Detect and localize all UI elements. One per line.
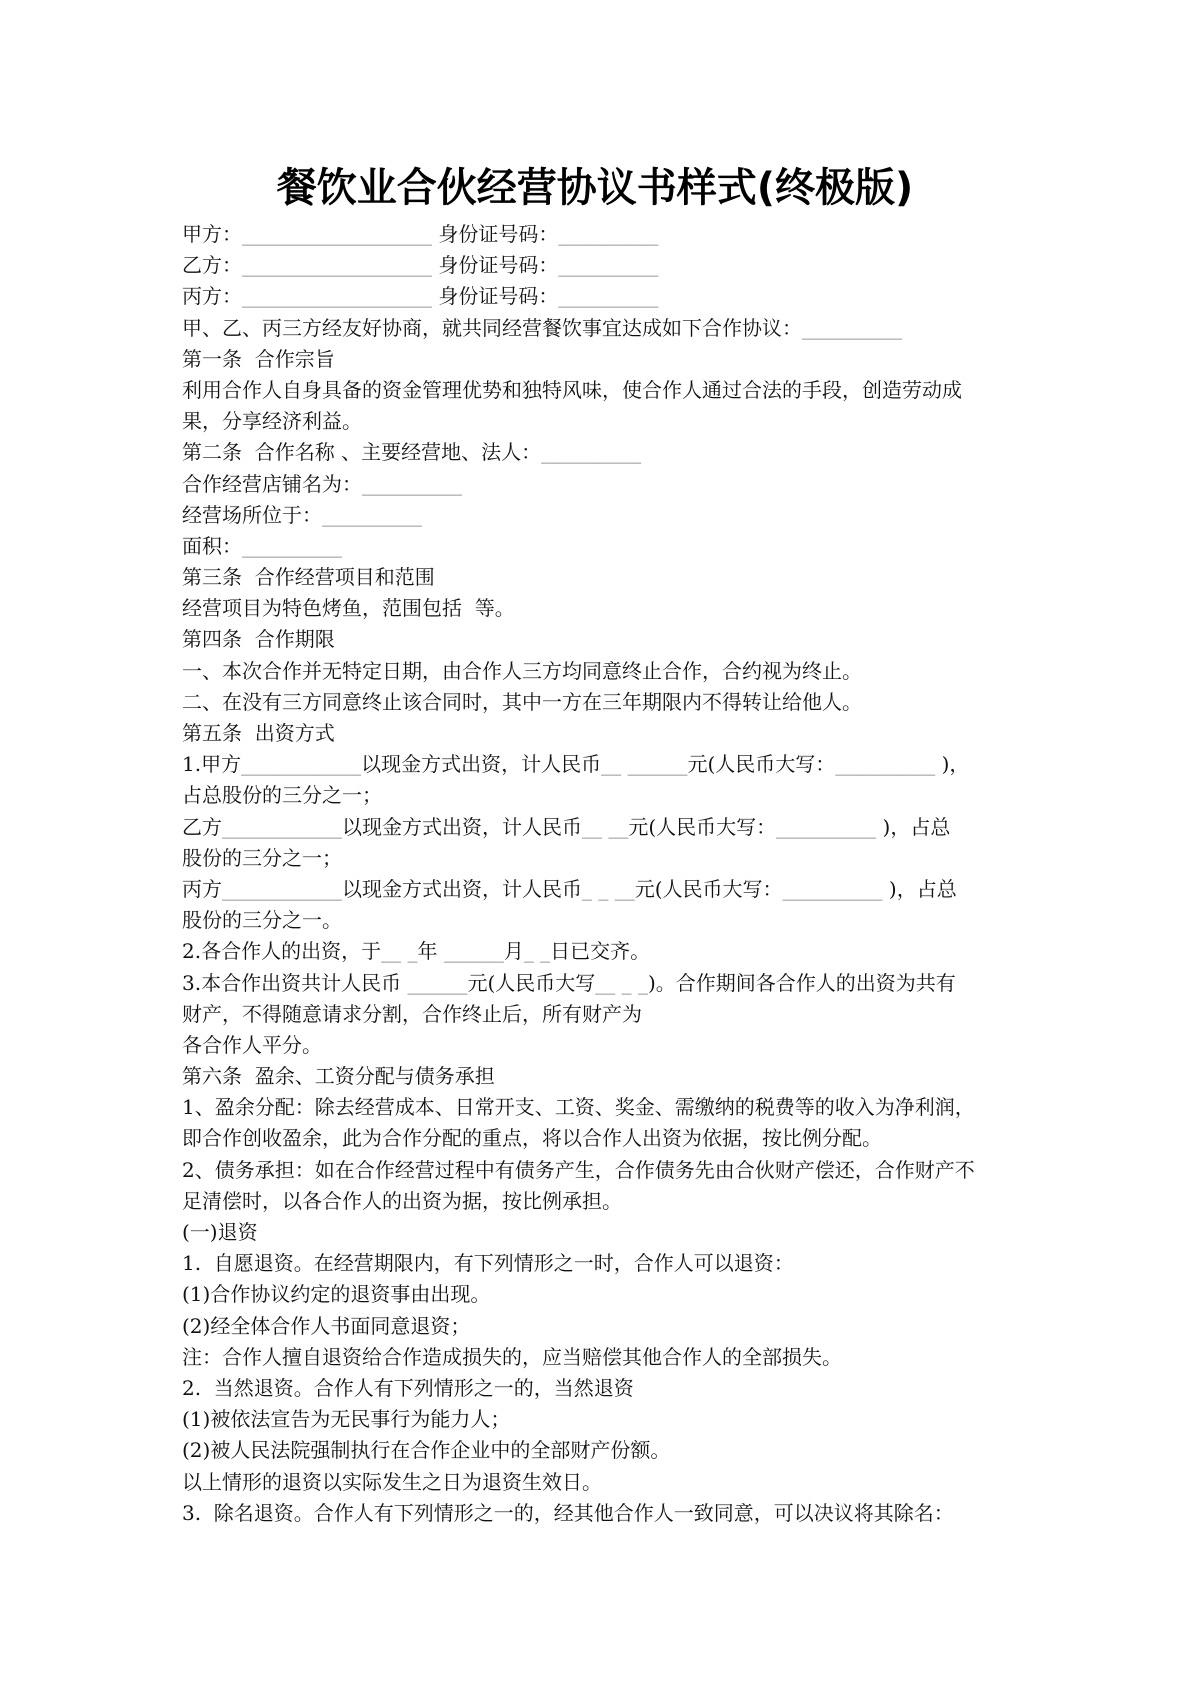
fill-in-blank: ___________________	[242, 222, 432, 246]
line-text: 占总股份的三分之一；	[182, 783, 382, 807]
document-line: (1)被依法宣告为无民事行为能力人；	[182, 1404, 1018, 1435]
fill-in-blank: _ _	[524, 939, 550, 963]
document-line: 果，分享经济利益。	[182, 406, 1018, 437]
document-line: 2.各合作人的出资，于__ _年 ______月_ _日已交齐。	[182, 936, 1018, 967]
document-line: 经营项目为特色烤鱼，范围包括 等。	[182, 593, 1018, 624]
line-text: 第三条 合作经营项目和范围	[182, 565, 435, 589]
fill-in-blank: __ ______	[601, 752, 687, 776]
document-line: 2、债务承担：如在合作经营过程中有债务产生，合作债务先由合伙财产偿还，合作财产不	[182, 1155, 1018, 1186]
line-text: 以上情形的退资以实际发生之日为退资生效日。	[182, 1470, 602, 1494]
line-text: )。合作期间各合作人的出资为共有	[648, 971, 956, 995]
document-line: 3. 除名退资。合作人有下列情形之一的，经其他合作人一致同意，可以决议将其除名：	[182, 1498, 1018, 1529]
line-text: 经营项目为特色烤鱼，范围包括 等。	[182, 596, 515, 620]
line-text: 经营场所位于：	[182, 503, 322, 527]
document-line: 利用合作人自身具备的资金管理优势和独特风味，使合作人通过合法的手段，创造劳动成	[182, 375, 1018, 406]
line-text: 一、本次合作并无特定日期，由合作人三方均同意终止合作，合约视为终止。	[182, 659, 862, 683]
document-line: 一、本次合作并无特定日期，由合作人三方均同意终止合作，合约视为终止。	[182, 656, 1018, 687]
fill-in-blank: __________	[558, 253, 658, 277]
fill-in-blank: ______	[444, 939, 504, 963]
document-line: 合作经营店铺名为：__________	[182, 469, 1018, 500]
line-text: 注：合作人擅自退资给合作造成损失的，应当赔偿其他合作人的全部损失。	[182, 1345, 842, 1369]
fill-in-blank: __ _ _	[595, 971, 648, 995]
fill-in-blank: __________	[242, 534, 342, 558]
fill-in-blank: _ _ __	[582, 877, 635, 901]
line-text: 乙方	[182, 815, 222, 839]
document-line: 1. 自愿退资。在经营期限内，有下列情形之一时，合作人可以退资：	[182, 1248, 1018, 1279]
document-line: 各合作人平分。	[182, 1030, 1018, 1061]
fill-in-blank: ___________________	[242, 253, 432, 277]
fill-in-blank: __________	[802, 316, 902, 340]
document-line: 1、盈余分配：除去经营成本、日常开支、工资、奖金、需缴纳的税费等的收入为净利润，	[182, 1092, 1018, 1123]
line-text: 财产，不得随意请求分割，合作终止后，所有财产为	[182, 1002, 642, 1026]
line-text: 以现金方式出资，计人民币	[361, 752, 601, 776]
line-text: 丙方：	[182, 284, 242, 308]
document-line: 经营场所位于：__________	[182, 500, 1018, 531]
document-line: 足清偿时，以各合作人的出资为据，按比例承担。	[182, 1186, 1018, 1217]
document-line: 丙方____________以现金方式出资，计人民币_ _ __元(人民币大写：…	[182, 874, 1018, 905]
line-text: 3. 除名退资。合作人有下列情形之一的，经其他合作人一致同意，可以决议将其除名：	[182, 1501, 954, 1525]
document-line: 乙方：___________________ 身份证号码：__________	[182, 250, 1018, 281]
line-text: 乙方：	[182, 253, 242, 277]
fill-in-blank: ____________	[222, 877, 342, 901]
line-text: (2)被人民法院强制执行在合作企业中的全部财产份额。	[182, 1438, 670, 1462]
document-line: 第六条 盈余、工资分配与债务承担	[182, 1061, 1018, 1092]
document-line: 注：合作人擅自退资给合作造成损失的，应当赔偿其他合作人的全部损失。	[182, 1342, 1018, 1373]
line-text: 甲方：	[182, 222, 242, 246]
line-text: 3.本合作出资共计人民币	[182, 971, 407, 995]
document-line: (2)经全体合作人书面同意退资；	[182, 1311, 1018, 1342]
line-text: 第二条 合作名称 、主要经营地、法人：	[182, 440, 541, 464]
document-line: 二、在没有三方同意终止该合同时，其中一方在三年期限内不得转让给他人。	[182, 687, 1018, 718]
line-text: 以现金方式出资，计人民币	[342, 815, 582, 839]
line-text: 果，分享经济利益。	[182, 409, 362, 433]
line-text: 即合作创收盈余，此为合作分配的重点，将以合作人出资为依据，按比例分配。	[182, 1126, 882, 1150]
document-page: 餐饮业合伙经营协议书样式(终极版) 甲方：___________________…	[0, 0, 1190, 1683]
document-line: 股份的三分之一。	[182, 905, 1018, 936]
document-body: 甲方：___________________ 身份证号码：__________乙…	[182, 219, 1018, 1529]
fill-in-blank: __________	[558, 222, 658, 246]
line-text: 2. 当然退资。合作人有下列情形之一的，当然退资	[182, 1376, 634, 1400]
line-text: 丙方	[182, 877, 222, 901]
line-text: (1)合作协议约定的退资事由出现。	[182, 1282, 490, 1306]
line-text: 身份证号码：	[432, 222, 558, 246]
line-text: 第六条 盈余、工资分配与债务承担	[182, 1064, 495, 1088]
document-line: 第四条 合作期限	[182, 624, 1018, 655]
fill-in-blank: ___________________	[242, 284, 432, 308]
document-line: 财产，不得随意请求分割，合作终止后，所有财产为	[182, 999, 1018, 1030]
line-text: 身份证号码：	[432, 253, 558, 277]
fill-in-blank: __________	[776, 815, 876, 839]
line-text: 元(人民币大写：	[635, 877, 783, 901]
document-line: 3.本合作出资共计人民币 ______元(人民币大写__ _ _)。合作期间各合…	[182, 968, 1018, 999]
document-line: 丙方：___________________ 身份证号码：__________	[182, 281, 1018, 312]
document-line: 面积：__________	[182, 531, 1018, 562]
line-text: )，占总	[876, 815, 950, 839]
fill-in-blank: ____________	[222, 815, 342, 839]
line-text: )，	[935, 752, 969, 776]
line-text: 二、在没有三方同意终止该合同时，其中一方在三年期限内不得转让给他人。	[182, 690, 862, 714]
line-text: 元(人民币大写	[467, 971, 595, 995]
line-text: 1.甲方	[182, 752, 241, 776]
fill-in-blank: ______	[407, 971, 467, 995]
fill-in-blank: __________	[541, 440, 641, 464]
document-line: 第三条 合作经营项目和范围	[182, 562, 1018, 593]
document-line: 1.甲方____________以现金方式出资，计人民币__ ______元(人…	[182, 749, 1018, 780]
fill-in-blank: __________	[835, 752, 935, 776]
fill-in-blank: __ __	[582, 815, 628, 839]
fill-in-blank: ____________	[241, 752, 361, 776]
line-text: 股份的三分之一。	[182, 908, 342, 932]
document-line: 乙方____________以现金方式出资，计人民币__ __元(人民币大写：_…	[182, 812, 1018, 843]
line-text: (1)被依法宣告为无民事行为能力人；	[182, 1407, 510, 1431]
line-text: 年	[417, 939, 443, 963]
document-line: 占总股份的三分之一；	[182, 780, 1018, 811]
line-text: 甲、乙、丙三方经友好协商，就共同经营餐饮事宜达成如下合作协议：	[182, 316, 802, 340]
line-text: 合作经营店铺名为：	[182, 472, 362, 496]
line-text: 股份的三分之一；	[182, 846, 342, 870]
line-text: (一)退资	[182, 1220, 258, 1244]
fill-in-blank: __________	[783, 877, 883, 901]
document-line: 第五条 出资方式	[182, 718, 1018, 749]
line-text: 日已交齐。	[550, 939, 650, 963]
fill-in-blank: __________	[322, 503, 422, 527]
fill-in-blank: __________	[362, 472, 462, 496]
line-text: 2.各合作人的出资，于	[182, 939, 381, 963]
line-text: 面积：	[182, 534, 242, 558]
document-title: 餐饮业合伙经营协议书样式(终极版)	[0, 162, 1190, 214]
line-text: 以现金方式出资，计人民币	[342, 877, 582, 901]
document-line: (一)退资	[182, 1217, 1018, 1248]
document-line: 第二条 合作名称 、主要经营地、法人：__________	[182, 437, 1018, 468]
line-text: 足清偿时，以各合作人的出资为据，按比例承担。	[182, 1189, 622, 1213]
fill-in-blank: __________	[558, 284, 658, 308]
line-text: 身份证号码：	[432, 284, 558, 308]
document-line: 以上情形的退资以实际发生之日为退资生效日。	[182, 1467, 1018, 1498]
line-text: )，占总	[883, 877, 957, 901]
line-text: 元(人民币大写：	[687, 752, 835, 776]
document-line: 第一条 合作宗旨	[182, 344, 1018, 375]
line-text: 1. 自愿退资。在经营期限内，有下列情形之一时，合作人可以退资：	[182, 1251, 794, 1275]
line-text: 1、盈余分配：除去经营成本、日常开支、工资、奖金、需缴纳的税费等的收入为净利润，	[182, 1095, 975, 1119]
document-line: 2. 当然退资。合作人有下列情形之一的，当然退资	[182, 1373, 1018, 1404]
line-text: 元(人民币大写：	[628, 815, 776, 839]
document-line: 甲方：___________________ 身份证号码：__________	[182, 219, 1018, 250]
document-line: (2)被人民法院强制执行在合作企业中的全部财产份额。	[182, 1435, 1018, 1466]
document-line: 即合作创收盈余，此为合作分配的重点，将以合作人出资为依据，按比例分配。	[182, 1123, 1018, 1154]
line-text: 利用合作人自身具备的资金管理优势和独特风味，使合作人通过合法的手段，创造劳动成	[182, 378, 962, 402]
line-text: 第一条 合作宗旨	[182, 347, 335, 371]
document-line: 甲、乙、丙三方经友好协商，就共同经营餐饮事宜达成如下合作协议：_________…	[182, 313, 1018, 344]
line-text: 2、债务承担：如在合作经营过程中有债务产生，合作债务先由合伙财产偿还，合作财产不	[182, 1158, 975, 1182]
fill-in-blank: __ _	[381, 939, 417, 963]
document-line: (1)合作协议约定的退资事由出现。	[182, 1279, 1018, 1310]
document-line: 股份的三分之一；	[182, 843, 1018, 874]
line-text: 月	[504, 939, 524, 963]
line-text: 各合作人平分。	[182, 1033, 322, 1057]
line-text: (2)经全体合作人书面同意退资；	[182, 1314, 470, 1338]
line-text: 第四条 合作期限	[182, 627, 335, 651]
line-text: 第五条 出资方式	[182, 721, 335, 745]
